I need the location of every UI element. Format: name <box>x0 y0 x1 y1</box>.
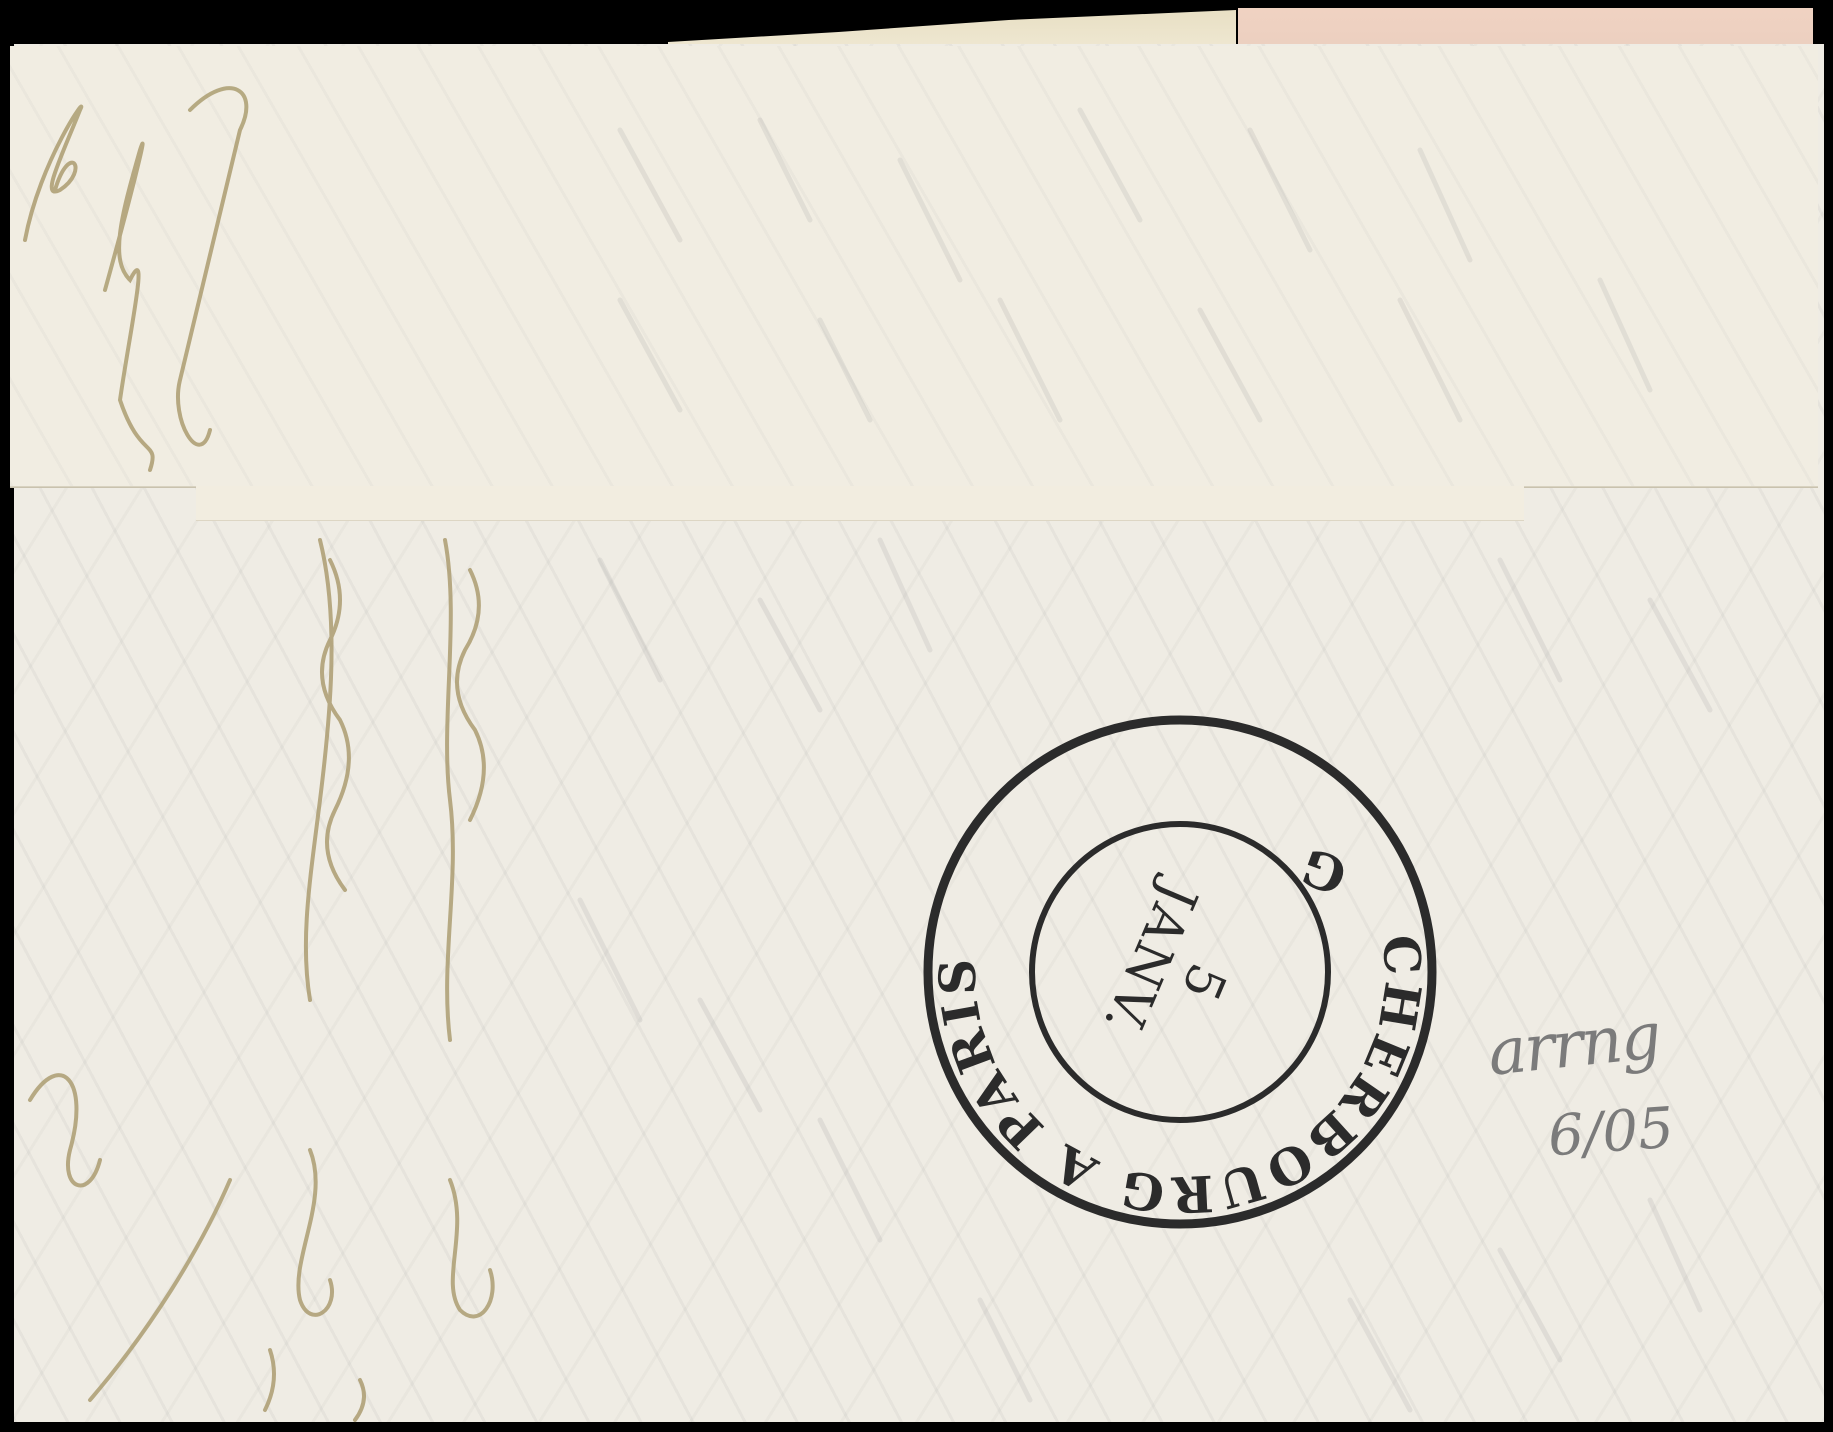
pencil-note-line2: 6/05 <box>1546 1096 1676 1170</box>
pencil-notation: arrng 6/05 <box>1488 1000 1788 1200</box>
pencil-note-line1: arrng <box>1485 999 1663 1091</box>
circular-postmark: CHERBOURG A PARIS G 5 JANV. <box>920 712 1440 1232</box>
postmark-month: JANV. <box>1091 870 1210 1044</box>
postmark-letter: G <box>1294 836 1354 906</box>
manuscript-handwriting <box>0 0 1833 1432</box>
